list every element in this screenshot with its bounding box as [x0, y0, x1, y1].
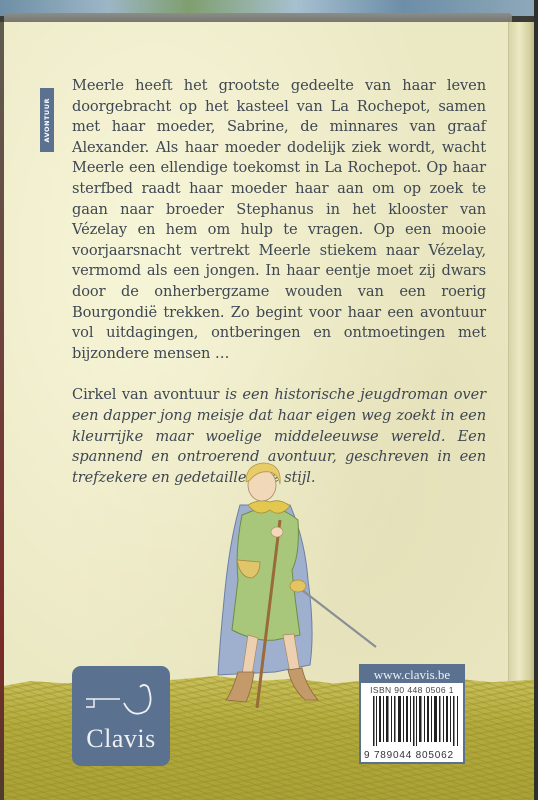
illustration-figure	[180, 460, 380, 710]
isbn-number: ISBN 90 448 0506 1	[361, 685, 463, 695]
category-tab: AVONTUUR	[40, 88, 54, 152]
book-right-edge	[534, 0, 538, 800]
book-title: Cirkel van avontuur	[72, 386, 219, 403]
blurb-paragraph-1: Meerle heeft het grootste gedeelte van h…	[72, 76, 486, 364]
publisher-name: Clavis	[72, 724, 170, 754]
blurb: Meerle heeft het grootste gedeelte van h…	[72, 76, 486, 488]
ean-number: 9 789044 805062	[364, 750, 454, 761]
barcode-icon	[373, 696, 459, 746]
barcode-label: www.clavis.be ISBN 90 448 0506 1 9 78904…	[359, 664, 465, 764]
category-label: AVONTUUR	[43, 98, 51, 142]
key-icon	[82, 681, 162, 721]
publisher-logo: Clavis	[72, 666, 170, 766]
publisher-url: www.clavis.be	[361, 666, 463, 683]
